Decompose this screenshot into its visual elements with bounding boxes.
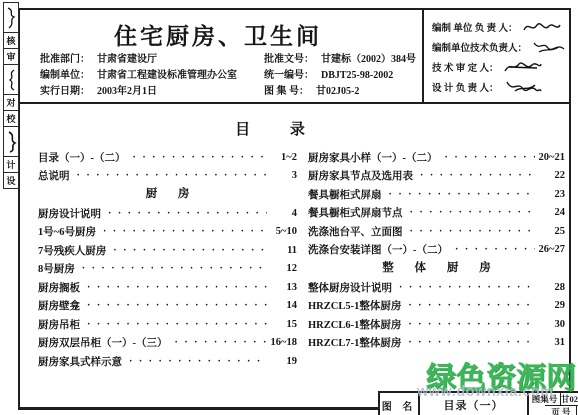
dot-leader: · · · · · · · · · · · · · · · · · · · · …: [445, 152, 535, 163]
toc-item-title: 厨房搁板: [38, 280, 80, 295]
field-value: DBJT25-98-2002: [321, 70, 393, 81]
handwritten-signature-icon: [522, 19, 562, 35]
toc-item-page: 5~10: [271, 226, 297, 237]
field-label: 批准文号：: [264, 54, 314, 65]
document-number-fields: 批准文号：甘建标（2002）384号 统一编号：DBJT25-98-2002 图…: [264, 52, 416, 100]
toc-item: 目录（一）-（二）· · · · · · · · · · · · · · · ·…: [38, 148, 297, 167]
toc-section-kitchen: 厨 房: [38, 185, 297, 204]
toc-item: 8号厨房· · · · · · · · · · · · · · · · · · …: [38, 260, 297, 279]
approval-fields: 批准部门：甘肃省建设厅 编制单位：甘肃省工程建设标准管理办公室 实行日期：200…: [40, 52, 237, 100]
side-signature-strip: 核 审 对 校 计 设: [3, 2, 19, 189]
toc-item: HRZCL7-1整体厨房· · · · · · · · · · · · · · …: [308, 334, 565, 353]
side-label-he: 核: [4, 33, 18, 49]
toc-item-page: 11: [271, 245, 297, 256]
field-value: 甘建标（2002）384号: [321, 54, 416, 65]
side-signature-cell: [4, 3, 18, 33]
side-label-dui: 对: [4, 95, 18, 111]
toc-item-title: 餐具橱柜式屏扇节点: [308, 205, 403, 220]
toc-item-title: 厨房设计说明: [38, 206, 101, 221]
toc-heading: 目 录: [120, 118, 420, 139]
handwritten-signature-icon: [531, 39, 567, 55]
field-value: 甘肃省工程建设标准管理办公室: [97, 70, 237, 81]
side-label-she: 设: [4, 173, 18, 188]
toc-item: 总说明· · · · · · · · · · · · · · · · · · ·…: [38, 167, 297, 186]
field-label: 技 术 审 定 人：: [432, 60, 499, 74]
toc-item: 厨房吊柜· · · · · · · · · · · · · · · · · · …: [38, 315, 297, 334]
toc-item: 厨房家具节点及选用表· · · · · · · · · · · · · · · …: [308, 167, 565, 186]
field-technical-reviewer: 技 术 审 定 人：: [432, 57, 564, 77]
toc-item: 1号~6号厨房· · · · · · · · · · · · · · · · ·…: [38, 223, 297, 242]
field-label: 统一编号：: [264, 70, 314, 81]
toc-item: 厨房家具小样（一）-（二）· · · · · · · · · · · · · ·…: [308, 148, 565, 167]
toc-item: 厨房家具式样示意· · · · · · · · · · · · · · · · …: [38, 352, 297, 371]
toc-item: HRZCL6-1整体厨房· · · · · · · · · · · · · · …: [308, 315, 565, 334]
page-no-row: 页 号 1: [545, 405, 578, 415]
toc-item: 厨房双层吊柜（一）-（三）· · · · · · · · · · · · · ·…: [38, 334, 297, 353]
toc-item-title: 7号残疾人厨房: [38, 243, 106, 258]
toc-item-page: 29: [539, 300, 565, 311]
field-design-head: 设 计 负 责 人：: [432, 77, 564, 97]
sheet-name-label: 图 名: [380, 393, 420, 415]
toc-item: 餐具橱柜式屏扇节点· · · · · · · · · · · · · · · ·…: [308, 204, 565, 223]
dot-leader: · · · · · · · · · · · · · · · · · · · · …: [420, 170, 535, 181]
toc-item-page: 22: [539, 170, 565, 181]
handwritten-signature-icon: [503, 59, 543, 75]
dot-leader: · · · · · · · · · · · · · · · · · · · · …: [410, 226, 536, 237]
toc-item-page: 14: [271, 300, 297, 311]
dot-leader: · · · · · · · · · · · · · · · · · · · · …: [133, 152, 268, 163]
field-compiling-unit: 编制单位：甘肃省工程建设标准管理办公室: [40, 68, 237, 84]
toc-item-title: 厨房家具小样（一）-（二）: [308, 150, 438, 165]
field-label: 编制 单位 负 责 人：: [432, 20, 518, 34]
toc-item: 洗涤池台平、立面图· · · · · · · · · · · · · · · ·…: [308, 222, 565, 241]
dot-leader: · · · · · · · · · · · · · · · · · · · · …: [87, 319, 267, 330]
toc-item-page: 19: [271, 356, 297, 367]
dot-leader: · · · · · · · · · · · · · · · · · · · · …: [408, 300, 535, 311]
toc-item-title: 厨房吊柜: [38, 317, 80, 332]
side-signature-cell: [4, 65, 18, 95]
header-divider-line: [422, 10, 424, 102]
toc-item-page: 24: [539, 207, 565, 218]
toc-item-page: 30: [539, 319, 565, 330]
field-label: 编制单位：: [40, 70, 90, 81]
dot-leader: · · · · · · · · · · · · · · · · · · · · …: [87, 300, 267, 311]
toc-item-title: 1号~6号厨房: [38, 224, 96, 239]
toc-item-title: HRZCL7-1整体厨房: [308, 335, 401, 350]
toc-column-right: 厨房家具小样（一）-（二）· · · · · · · · · · · · · ·…: [308, 148, 565, 352]
handwritten-signature-icon: [6, 68, 17, 92]
toc-item-title: 餐具橱柜式屏扇: [308, 187, 382, 202]
toc-item-page: 23: [539, 189, 565, 200]
toc-item-page: 28: [539, 282, 565, 293]
dot-leader: · · · · · · · · · · · · · · · · · · · · …: [87, 282, 267, 293]
title-header: 住宅厨房、卫生间 批准部门：甘肃省建设厅 编制单位：甘肃省工程建设标准管理办公室…: [20, 10, 569, 104]
field-unified-no: 统一编号：DBJT25-98-2002: [264, 68, 416, 84]
toc-item: 整体厨房设计说明· · · · · · · · · · · · · · · · …: [308, 278, 565, 297]
toc-item-page: 4: [271, 208, 297, 219]
dot-leader: · · · · · · · · · · · · · · · · · · · · …: [82, 263, 267, 274]
toc-item: 7号残疾人厨房· · · · · · · · · · · · · · · · ·…: [38, 241, 297, 260]
field-label: 图 集 号：: [264, 86, 309, 97]
field-value: 甘02J05-2: [316, 86, 359, 97]
field-label: 编制单位技术负责人：: [432, 40, 527, 54]
field-label: 批准部门：: [40, 54, 90, 65]
dot-leader: · · · · · · · · · · · · · · · · · · · · …: [108, 208, 267, 219]
dot-leader: · · · · · · · · · · · · · · · · · · · · …: [113, 245, 267, 256]
dot-leader: · · · · · · · · · · · · · · · · · · · · …: [410, 207, 536, 218]
handwritten-signature-icon: [503, 79, 543, 95]
toc-item-page: 13: [271, 282, 297, 293]
dot-leader: · · · · · · · · · · · · · · · · · · · · …: [103, 226, 267, 237]
toc-item-title: 厨房家具节点及选用表: [308, 168, 413, 183]
toc-item-title: 厨房双层吊柜（一）-（三）: [38, 335, 168, 350]
dot-leader: · · · · · · · · · · · · · · · · · · · · …: [389, 189, 536, 200]
toc-item-title: 厨房壁龛: [38, 298, 80, 313]
dot-leader: · · · · · · · · · · · · · · · · · · · · …: [455, 244, 535, 255]
dot-leader: · · · · · · · · · · · · · · · · · · · · …: [408, 337, 535, 348]
toc-item-title: 总说明: [38, 168, 70, 183]
toc-item-title: HRZCL6-1整体厨房: [308, 317, 401, 332]
toc-item-page: 20~21: [539, 152, 565, 163]
toc-item: 厨房搁板· · · · · · · · · · · · · · · · · · …: [38, 278, 297, 297]
field-value: 2003年2月1日: [97, 86, 157, 97]
toc-item: HRZCL5-1整体厨房· · · · · · · · · · · · · · …: [308, 297, 565, 316]
toc-item: 洗涤台安装详图（一）-（二）· · · · · · · · · · · · · …: [308, 241, 565, 260]
scanned-standard-drawing-page: 核 审 对 校 计 设 住宅厨房、卫生间 批准部门：甘肃省建设厅 编制单位：甘肃…: [0, 0, 578, 415]
dot-leader: · · · · · · · · · · · · · · · · · · · · …: [175, 337, 267, 348]
field-approval-doc-no: 批准文号：甘建标（2002）384号: [264, 52, 416, 68]
toc-item: 餐具橱柜式屏扇· · · · · · · · · · · · · · · · ·…: [308, 185, 565, 204]
responsible-person-fields: 编制 单位 负 责 人： 编制单位技术负责人： 技 术 审 定 人： 设 计 负…: [432, 17, 564, 97]
side-signature-cell: [4, 127, 18, 157]
side-label-jiao: 校: [4, 111, 18, 127]
toc-item-page: 15: [271, 319, 297, 330]
toc-item: 厨房设计说明· · · · · · · · · · · · · · · · · …: [38, 204, 297, 223]
toc-item-page: 25: [539, 226, 565, 237]
toc-item-title: 洗涤池台平、立面图: [308, 224, 403, 239]
handwritten-signature-icon: [6, 130, 17, 154]
page-title: 住宅厨房、卫生间: [114, 18, 322, 51]
toc-item-title: 8号厨房: [38, 261, 75, 276]
field-unit-head: 编制 单位 负 责 人：: [432, 17, 564, 37]
toc-item: 厨房壁龛· · · · · · · · · · · · · · · · · · …: [38, 297, 297, 316]
field-effective-date: 实行日期：2003年2月1日: [40, 84, 237, 100]
dot-leader: · · · · · · · · · · · · · · · · · · · · …: [129, 356, 267, 367]
field-approval-dept: 批准部门：甘肃省建设厅: [40, 52, 237, 68]
side-label-ji: 计: [4, 157, 18, 173]
toc-column-left: 目录（一）-（二）· · · · · · · · · · · · · · · ·…: [38, 148, 297, 371]
toc-item-page: 3: [271, 170, 297, 181]
handwritten-signature-icon: [6, 6, 17, 30]
toc-item-title: 整体厨房设计说明: [308, 280, 392, 295]
toc-section-integral-kitchen: 整 体 厨 房: [308, 259, 565, 278]
toc-item-page: 16~18: [271, 337, 297, 348]
field-label: 实行日期：: [40, 86, 90, 97]
field-atlas-no: 图 集 号：甘02J05-2: [264, 84, 416, 100]
dot-leader: · · · · · · · · · · · · · · · · · · · · …: [408, 319, 535, 330]
side-label-shen: 审: [4, 49, 18, 65]
toc-item-page: 1~2: [271, 152, 297, 163]
page-no-label: 页 号: [545, 406, 577, 415]
toc-item-title: 洗涤台安装详图（一）-（二）: [308, 242, 448, 257]
toc-item-title: 目录（一）-（二）: [38, 150, 126, 165]
toc-item-page: 12: [271, 263, 297, 274]
toc-item-page: 31: [539, 337, 565, 348]
field-label: 设 计 负 责 人：: [432, 80, 499, 94]
field-value: 甘肃省建设厅: [97, 54, 157, 65]
toc-item-page: 26~27: [539, 244, 565, 255]
field-unit-tech-head: 编制单位技术负责人：: [432, 37, 564, 57]
gray-url-watermark: www.downxia.com: [417, 384, 554, 400]
dot-leader: · · · · · · · · · · · · · · · · · · · · …: [77, 170, 268, 181]
dot-leader: · · · · · · · · · · · · · · · · · · · · …: [399, 282, 535, 293]
toc-item-title: 厨房家具式样示意: [38, 354, 122, 369]
toc-item-title: HRZCL5-1整体厨房: [308, 298, 401, 313]
